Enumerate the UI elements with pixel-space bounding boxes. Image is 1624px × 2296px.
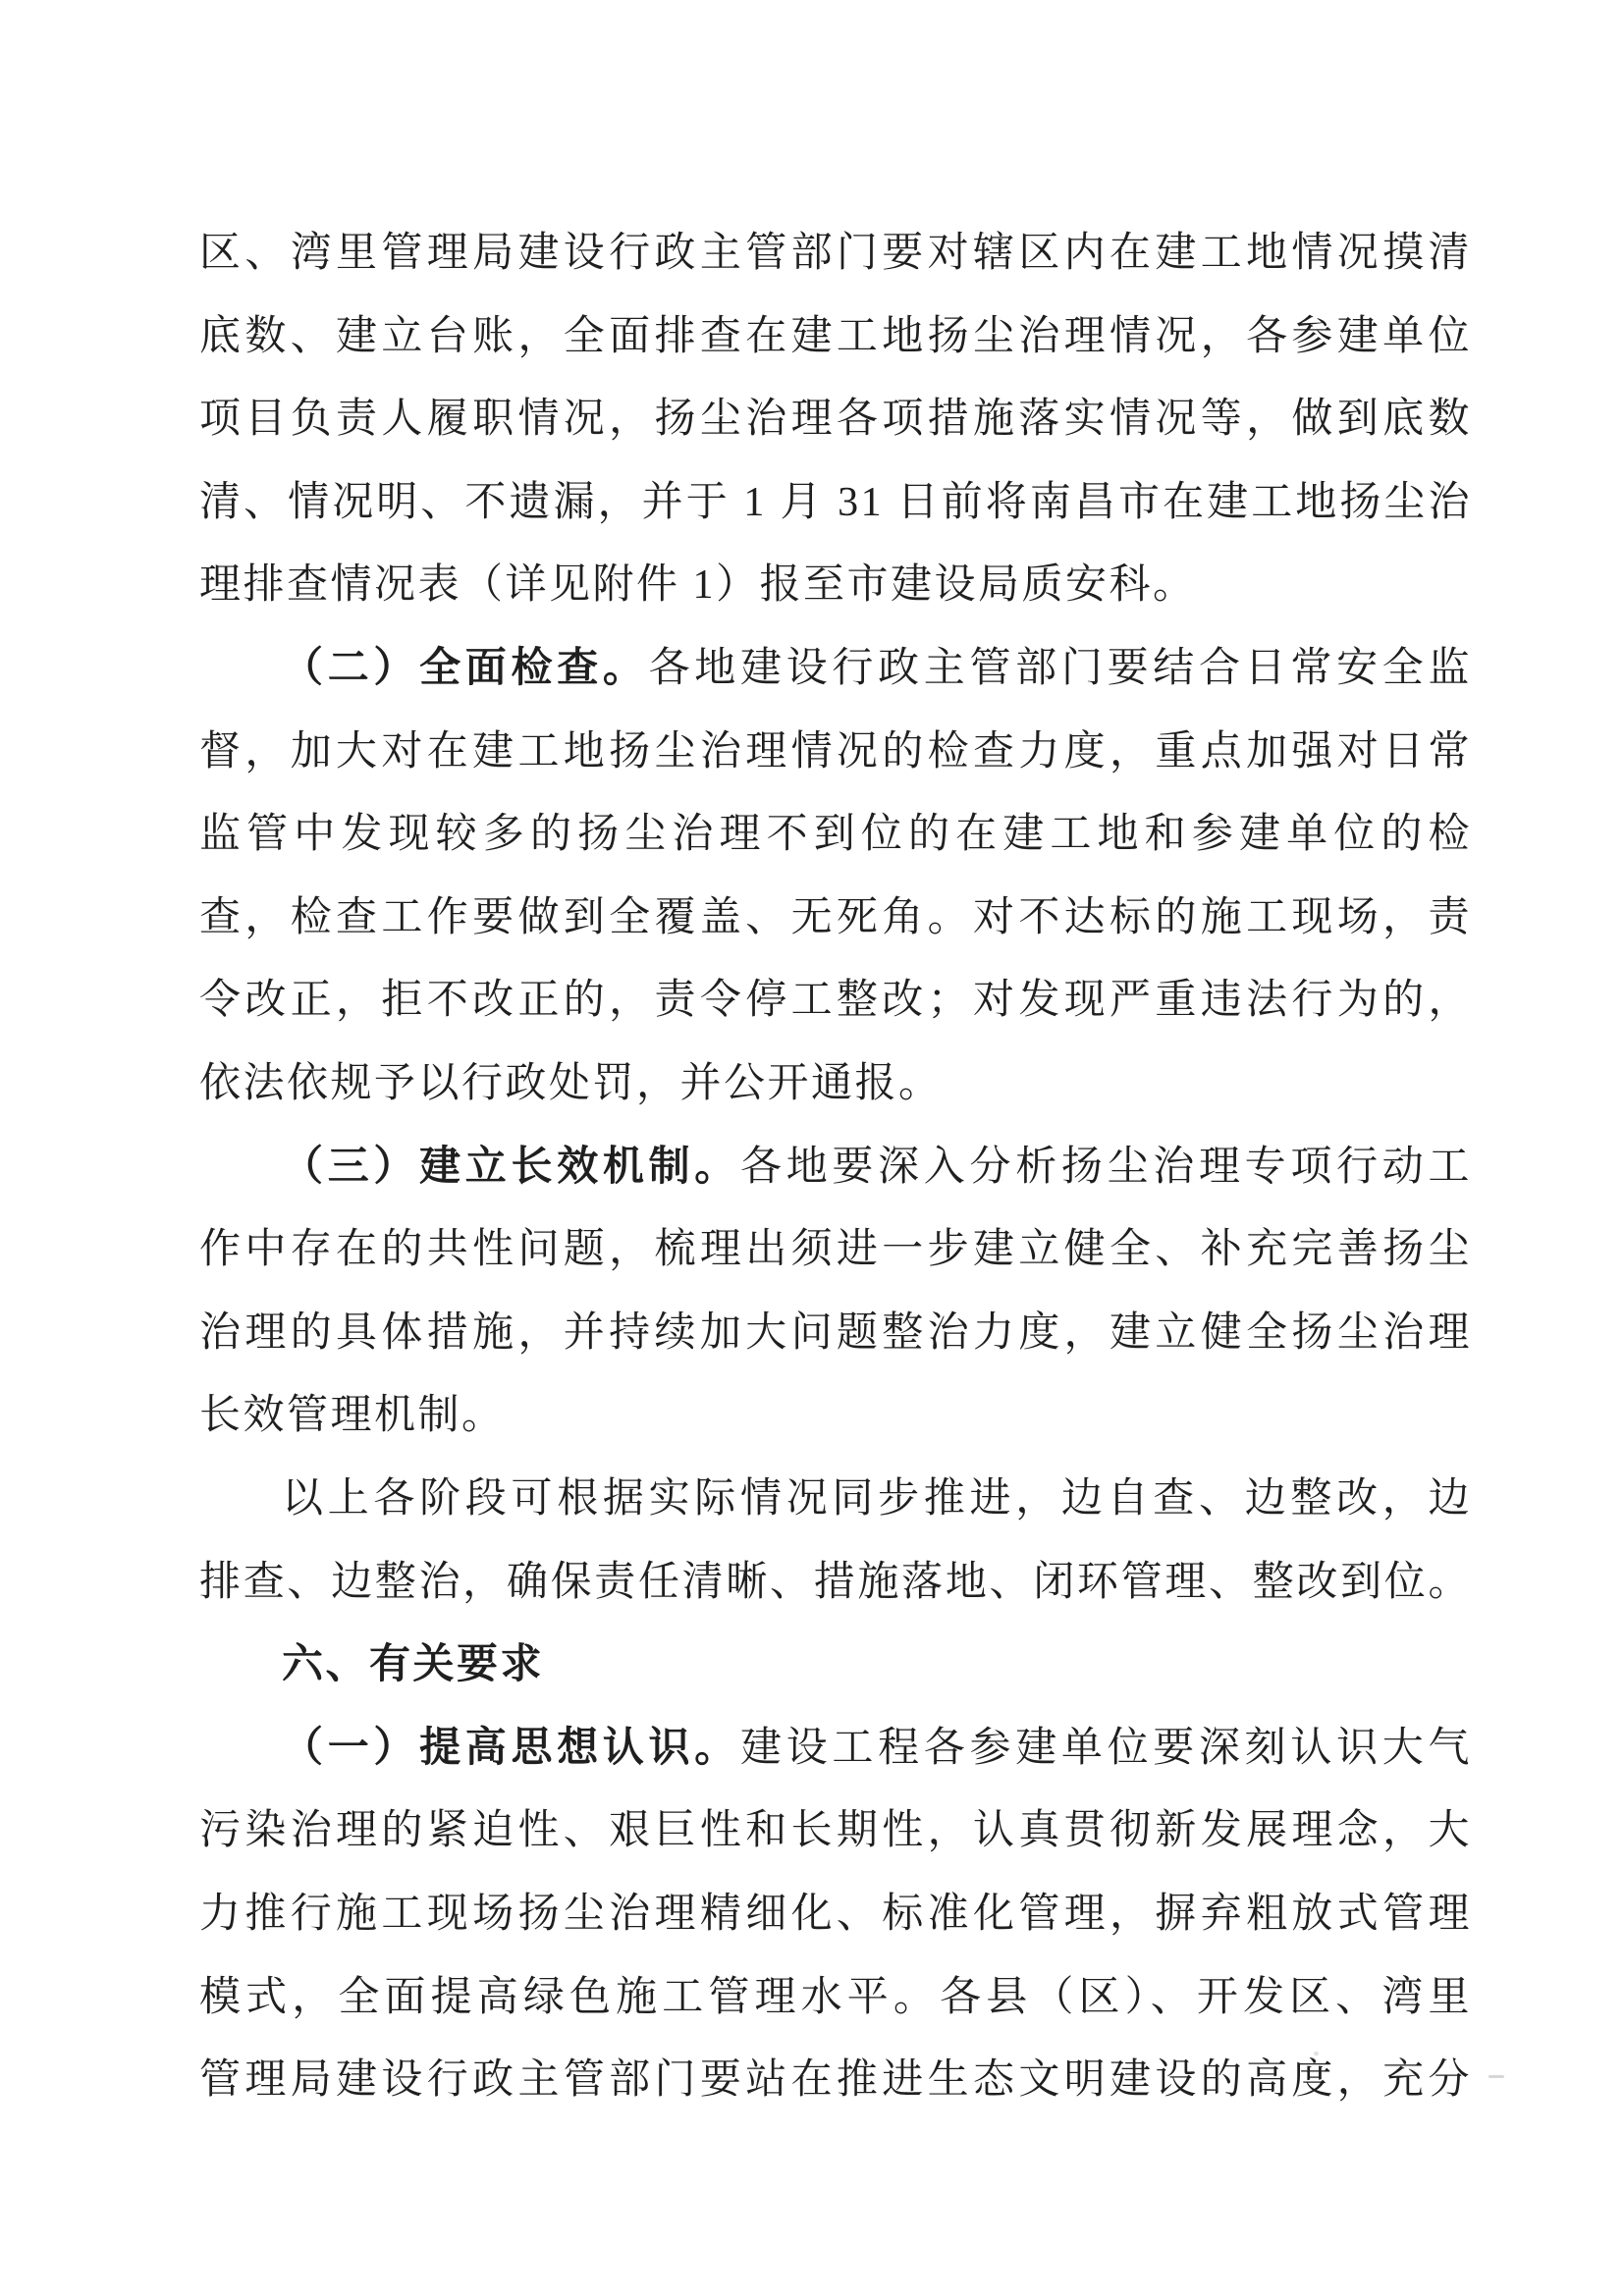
text-run: 督，加大对在建工地扬尘治理情况的检查力度，重点加强对日常	[199, 729, 1472, 774]
text-line: 查，检查工作要做到全覆盖、无死角。对不达标的施工现场，责	[199, 892, 1472, 947]
text-line: 底数、建立台账，全面排查在建工地扬尘治理情况，各参建单位	[199, 311, 1472, 366]
text-run-bold: （三）建立长效机制。	[282, 1145, 740, 1190]
text-line: 治理的具体措施，并持续加大问题整治力度，建立健全扬尘治理	[199, 1308, 1472, 1362]
text-run: 清、情况明、不遗漏，并于 1 月 31 日前将南昌市在建工地扬尘治	[199, 480, 1472, 525]
text-line: 六、有关要求	[199, 1639, 1472, 1694]
text-run: 管理局建设行政主管部门要站在推进生态文明建设的高度，充分	[199, 2057, 1472, 2103]
text-run: 以上各阶段可根据实际情况同步推进，边自查、边整改，边	[282, 1476, 1472, 1522]
text-line: 督，加大对在建工地扬尘治理情况的检查力度，重点加强对日常	[199, 726, 1472, 781]
text-run: 查，检查工作要做到全覆盖、无死角。对不达标的施工现场，责	[199, 895, 1472, 940]
text-run-bold: （一）提高思想认识。	[282, 1726, 740, 1771]
document-page: 区、湾里管理局建设行政主管部门要对辖区内在建工地情况摸清底数、建立台账，全面排查…	[0, 0, 1624, 2296]
text-line: 清、情况明、不遗漏，并于 1 月 31 日前将南昌市在建工地扬尘治	[199, 477, 1472, 532]
text-run: 排查、边整治，确保责任清晰、措施落地、闭环管理、整改到位。	[199, 1560, 1472, 1605]
text-line: （三）建立长效机制。各地要深入分析扬尘治理专项行动工	[199, 1142, 1472, 1197]
text-line: 令改正，拒不改正的，责令停工整改；对发现严重违法行为的，	[199, 975, 1472, 1030]
text-run: 监管中发现较多的扬尘治理不到位的在建工地和参建单位的检	[199, 812, 1472, 857]
text-run: 模式，全面提高绿色施工管理水平。各县（区）、开发区、湾里	[199, 1975, 1472, 2020]
text-line: 区、湾里管理局建设行政主管部门要对辖区内在建工地情况摸清	[199, 228, 1472, 283]
text-run: 令改正，拒不改正的，责令停工整改；对发现严重违法行为的，	[199, 978, 1472, 1023]
text-line: （二）全面检查。各地建设行政主管部门要结合日常安全监	[199, 643, 1472, 698]
text-run-bold: 六、有关要求	[282, 1642, 544, 1687]
text-run: 长效管理机制。	[199, 1393, 506, 1438]
text-line: 模式，全面提高绿色施工管理水平。各县（区）、开发区、湾里	[199, 1972, 1472, 2027]
text-line: 监管中发现较多的扬尘治理不到位的在建工地和参建单位的检	[199, 809, 1472, 864]
text-run: 项目负责人履职情况，扬尘治理各项措施落实情况等，做到底数	[199, 397, 1472, 442]
text-line: 作中存在的共性问题，梳理出须进一步建立健全、补充完善扬尘	[199, 1224, 1472, 1279]
text-line: 污染治理的紧迫性、艰巨性和长期性，认真贯彻新发展理念，大	[199, 1805, 1472, 1860]
text-line: 排查、边整治，确保责任清晰、措施落地、闭环管理、整改到位。	[199, 1557, 1472, 1612]
text-run: 污染治理的紧迫性、艰巨性和长期性，认真贯彻新发展理念，大	[199, 1808, 1472, 1853]
text-run: 治理的具体措施，并持续加大问题整治力度，建立健全扬尘治理	[199, 1310, 1472, 1356]
scan-speck	[1489, 2075, 1504, 2078]
text-line: 以上各阶段可根据实际情况同步推进，边自查、边整改，边	[199, 1473, 1472, 1528]
text-line: 管理局建设行政主管部门要站在推进生态文明建设的高度，充分	[199, 2055, 1472, 2109]
text-run: 底数、建立台账，全面排查在建工地扬尘治理情况，各参建单位	[199, 314, 1472, 359]
text-run: 理排查情况表（详见附件 1）报至市建设局质安科。	[199, 562, 1197, 608]
text-run: 区、湾里管理局建设行政主管部门要对辖区内在建工地情况摸清	[199, 231, 1472, 276]
text-run: 各地要深入分析扬尘治理专项行动工	[740, 1145, 1472, 1190]
text-run: 依法依规予以行政处罚，并公开通报。	[199, 1061, 943, 1106]
text-run: 各地建设行政主管部门要结合日常安全监	[649, 646, 1472, 691]
text-line: 力推行施工现场扬尘治理精细化、标准化管理，摒弃粗放式管理	[199, 1889, 1472, 1944]
text-line: 长效管理机制。	[199, 1390, 1472, 1445]
scan-speck	[1314, 2052, 1319, 2056]
text-run: 力推行施工现场扬尘治理精细化、标准化管理，摒弃粗放式管理	[199, 1892, 1472, 1937]
text-run-bold: （二）全面检查。	[282, 646, 649, 691]
text-run: 作中存在的共性问题，梳理出须进一步建立健全、补充完善扬尘	[199, 1227, 1472, 1272]
text-line: 项目负责人履职情况，扬尘治理各项措施落实情况等，做到底数	[199, 394, 1472, 449]
text-line: 依法依规予以行政处罚，并公开通报。	[199, 1058, 1472, 1113]
text-line: （一）提高思想认识。建设工程各参建单位要深刻认识大气	[199, 1723, 1472, 1778]
text-line: 理排查情况表（详见附件 1）报至市建设局质安科。	[199, 560, 1472, 614]
text-run: 建设工程各参建单位要深刻认识大气	[740, 1726, 1472, 1771]
